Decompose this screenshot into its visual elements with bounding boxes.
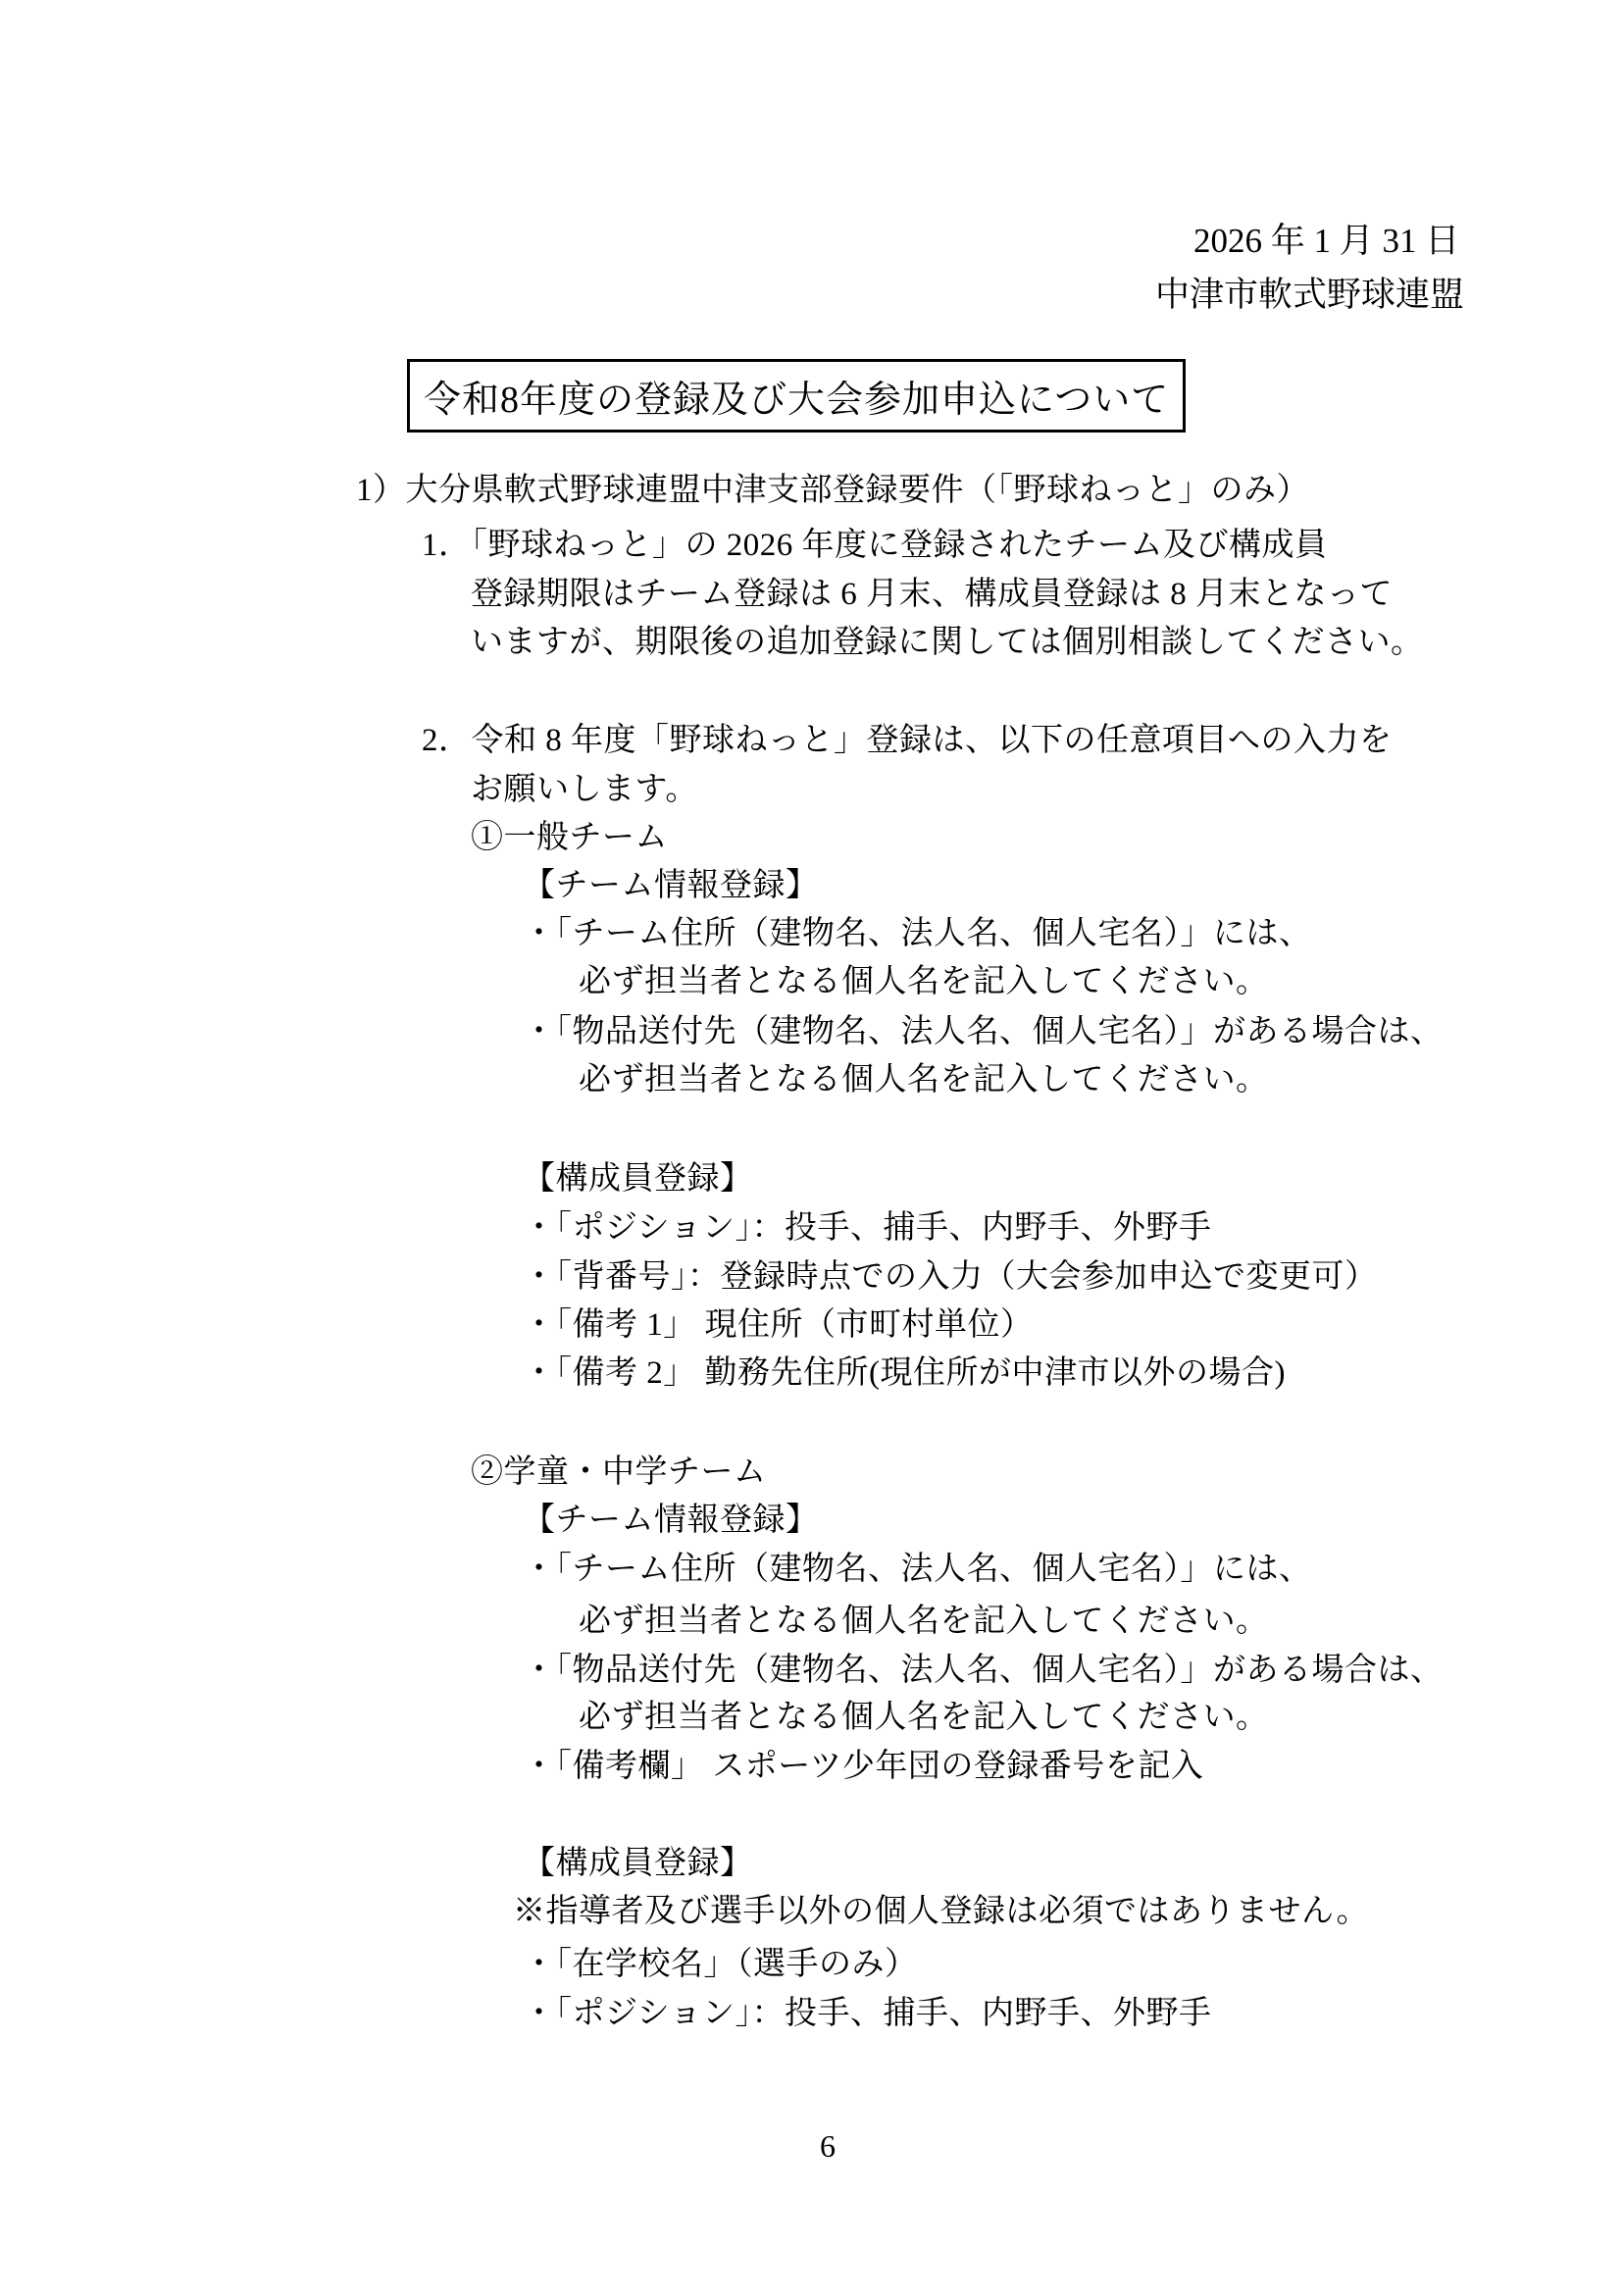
text-line: 1）大分県軟式野球連盟中津支部登録要件（「野球ねっと」のみ） [356,471,1309,511]
text-line: ・「ポジション」：投手、捕手、内野手、外野手 [523,1208,1212,1249]
text-line: 登録期限はチーム登録は 6 月末、構成員登録は 8 月末となって [471,575,1393,615]
text-line: ②学童・中学チーム [471,1453,767,1493]
text-line: ・「備考 1」 現住所（市町村単位） [523,1305,1034,1346]
text-line: ・「背番号」：登録時点での入力（大会参加申込で変更可） [523,1257,1378,1298]
document-page: 2026 年 1 月 31 日 中津市軟式野球連盟 令和8年度の登録及び大会参加… [0,0,1623,2296]
text-line: 【構成員登録】 [523,1159,753,1199]
text-line: ・「チーム住所（建物名、法人名、個人宅名）」には、 [523,1550,1312,1590]
text-line: ・「物品送付先（建物名、法人名、個人宅名）」がある場合は、 [523,1651,1444,1691]
text-line: 必ず担当者となる個人名を記入してください。 [579,1060,1269,1100]
document-title: 令和8年度の登録及び大会参加申込について [407,359,1186,433]
text-line: ※指導者及び選手以外の個人登録は必須ではありません。 [513,1892,1369,1932]
text-line: 【チーム情報登録】 [523,866,819,906]
text-line: 必ず担当者となる個人名を記入してください。 [579,1602,1269,1642]
text-line: ①一般チーム [471,818,668,858]
page-number: 6 [820,2128,836,2165]
text-line: ・「備考 2」 勤務先住所(現住所が中津市以外の場合) [523,1353,1286,1394]
text-line: いますが、期限後の追加登録に関しては個別相談してください。 [471,623,1424,663]
text-line: 【チーム情報登録】 [523,1501,819,1541]
text-line: ・「チーム住所（建物名、法人名、個人宅名）」には、 [523,914,1312,954]
text-line: 2．令和 8 年度「野球ねっと」登録は、以下の任意項目への入力を [422,721,1393,761]
text-line: 必ず担当者となる個人名を記入してください。 [579,962,1269,1002]
text-line: 必ず担当者となる個人名を記入してください。 [579,1698,1269,1738]
text-line: お願いします。 [471,770,698,810]
text-line: ・「備考欄」 スポーツ少年団の登録番号を記入 [523,1747,1203,1787]
document-date: 2026 年 1 月 31 日 [1193,221,1459,262]
text-line: 【構成員登録】 [523,1844,753,1884]
text-line: 1．「野球ねっと」の 2026 年度に登録されたチーム及び構成員 [422,526,1328,566]
text-line: ・「物品送付先（建物名、法人名、個人宅名）」がある場合は、 [523,1012,1444,1052]
text-line: ・「ポジション」：投手、捕手、内野手、外野手 [523,1994,1212,2034]
text-line: ・「在学校名」（選手のみ） [523,1945,918,1985]
organization-name: 中津市軟式野球連盟 [1155,275,1464,316]
